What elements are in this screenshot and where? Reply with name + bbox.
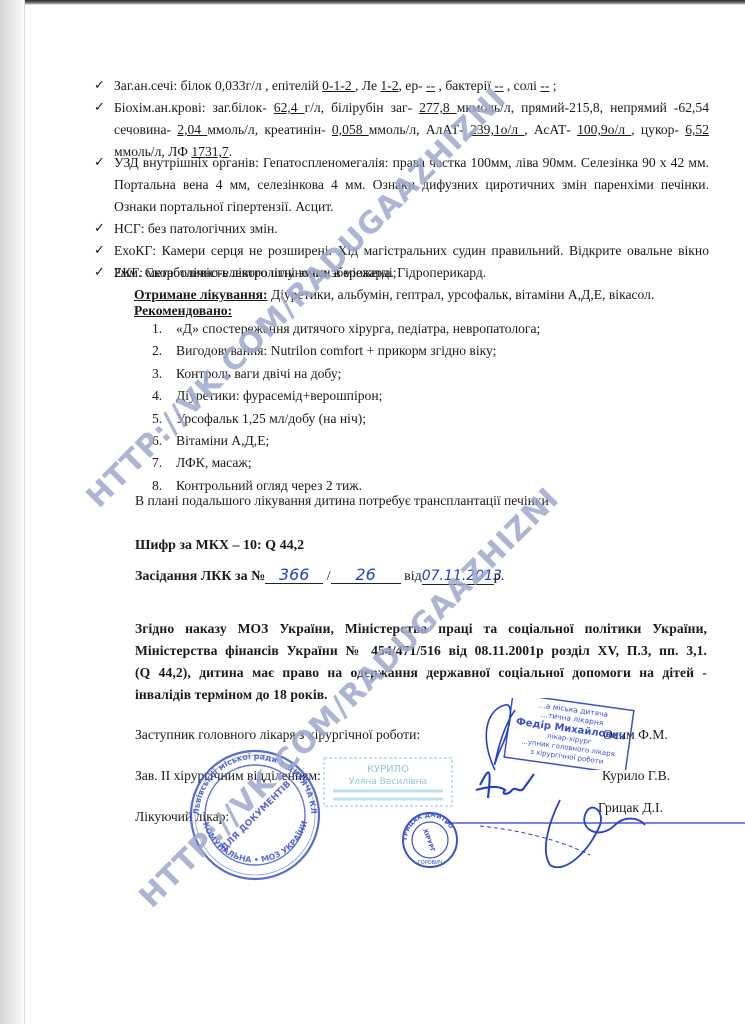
recommendation-item: 6.Вітаміни А,Д,Е;	[152, 430, 540, 452]
treatment-plan-text: В плані подальшого лікування дитина потр…	[135, 493, 549, 509]
recommendation-item: 1.«Д» спостереження дитячого хірурга, пе…	[152, 318, 540, 340]
checkmark-icon: ✓	[94, 218, 105, 240]
checkmark-icon: ✓	[94, 152, 105, 174]
signature-role-deputy: Заступник головного лікаря з хірургічної…	[135, 727, 420, 743]
finding-urine: ✓ Заг.ан.сечі: білок 0,033г/л , епітелій…	[114, 75, 709, 97]
icd-code: Шифр за МКХ – 10: Q 44,2	[135, 538, 304, 554]
recommendation-item: 5.Урсофальк 1,25 мл/добу (на ніч);	[152, 408, 540, 430]
recommendation-item: 7.ЛФК, масаж;	[152, 452, 540, 474]
handwritten-signatures	[400, 690, 745, 880]
finding-text: Біохім.ан.крові: заг.білок- 62,4 г/л, бі…	[114, 100, 709, 159]
medical-document-page: ✓ Заг.ан.сечі: білок 0,033г/л , епітелій…	[0, 0, 745, 1024]
recommended-label: Рекомендовано:	[134, 303, 232, 318]
finding-text: ЕКГ: метаболічно-електролітні зміни в мі…	[114, 265, 396, 280]
finding-ecg: ✓ ЕКГ: метаболічно-електролітні зміни в …	[114, 262, 709, 284]
lkk-number-handwritten: 366	[265, 567, 323, 584]
checkmark-icon: ✓	[94, 262, 105, 284]
checkmark-icon: ✓	[94, 75, 105, 97]
checkmark-icon: ✓	[94, 240, 105, 262]
lkk-subnumber-handwritten: 26	[331, 567, 401, 584]
finding-nsg: ✓ НСГ: без патологічних змін.	[114, 218, 709, 240]
checkmark-icon: ✓	[94, 97, 105, 119]
finding-text: НСГ: без патологічних змін.	[114, 221, 278, 236]
